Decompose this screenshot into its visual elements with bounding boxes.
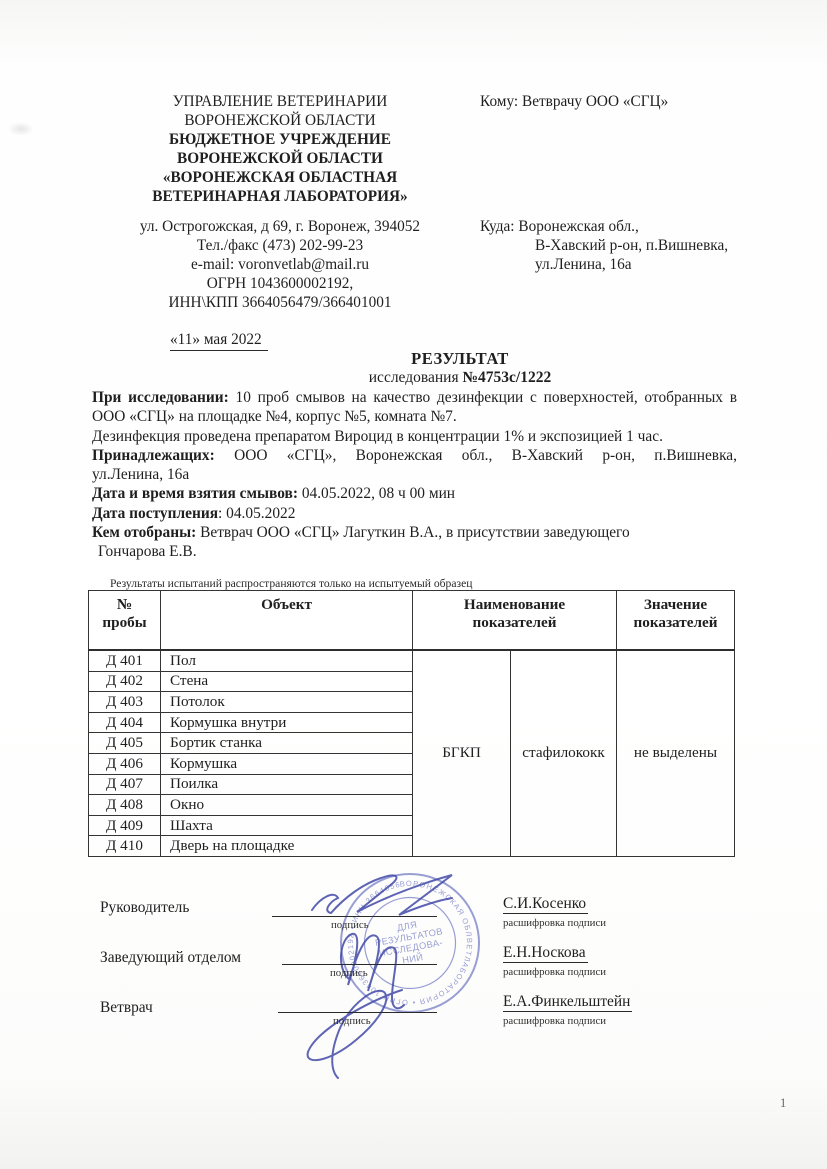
org-email-line: e-mail: voronvetlab@mail.ru: [100, 255, 460, 274]
signature-caption: подпись: [333, 1015, 371, 1027]
org-header-block: УПРАВЛЕНИЕ ВЕТЕРИНАРИИ ВОРОНЕЖСКОЙ ОБЛАС…: [100, 92, 460, 312]
sample-id: Д 407: [89, 774, 161, 795]
org-name-line: УПРАВЛЕНИЕ ВЕТЕРИНАРИИ: [100, 92, 460, 111]
result-value: не выделены: [617, 650, 735, 856]
signature-name-caption: расшифровка подписи: [503, 917, 606, 929]
org-name-line: ВОРОНЕЖСКОЙ ОБЛАСТИ: [100, 111, 460, 130]
document-page: УПРАВЛЕНИЕ ВЕТЕРИНАРИИ ВОРОНЕЖСКОЙ ОБЛАС…: [0, 0, 827, 1169]
sample-object: Шахта: [161, 815, 413, 836]
sample-object: Окно: [161, 795, 413, 816]
sample-object: Кормушка: [161, 753, 413, 774]
recipient-line: Кому: Ветврачу ООО «СГЦ»: [480, 92, 810, 111]
signature-caption: подпись: [330, 967, 368, 979]
body-line-text: ул.Ленина, 16а: [92, 466, 189, 483]
org-name-line: ВОРОНЕЖСКОЙ ОБЛАСТИ: [100, 149, 460, 168]
header-indicator-name: Наименование показателей: [413, 591, 617, 651]
body-line-text: Дезинфекция проведена препаратом Вироцид…: [92, 428, 663, 445]
body-line: При исследовании: 10 проб смывов на каче…: [92, 388, 737, 407]
scan-smudge: [8, 122, 34, 136]
indicator-staph: стафилококк: [511, 650, 617, 856]
body-line-text: Ветврач ООО «СГЦ» Лагуткин В.А., в прису…: [196, 524, 629, 541]
body-line: ул.Ленина, 16а: [92, 465, 737, 484]
sample-id: Д 406: [89, 753, 161, 774]
org-phone-line: Тел./факс (473) 202-99-23: [100, 236, 460, 255]
signature-role: Заведующий отделом: [100, 949, 241, 967]
org-inn-line: ИНН\КПП 3664056479/366401001: [100, 293, 460, 312]
signature-line: [272, 916, 437, 917]
sample-object: Потолок: [161, 692, 413, 713]
signature-name: С.И.Косенко: [503, 895, 588, 914]
address-line: ул.Ленина, 16а: [480, 255, 810, 274]
header-indicator-value: Значение показателей: [617, 591, 735, 651]
org-ogrn-line: ОГРН 1043600002192,: [100, 274, 460, 293]
org-name-line: «ВОРОНЕЖСКАЯ ОБЛАСТНАЯ: [100, 168, 460, 187]
org-name-line: ВЕТЕРИНАРНАЯ ЛАБОРАТОРИЯ»: [100, 187, 460, 206]
body-line-text: 04.05.2022, 08 ч 00 мин: [298, 485, 455, 502]
body-line: Дата поступления: 04.05.2022: [92, 504, 737, 523]
signature-line: [282, 964, 437, 965]
sample-id: Д 402: [89, 671, 161, 692]
body-line: Кем отобраны: Ветврач ООО «СГЦ» Лагуткин…: [92, 523, 737, 542]
body-line-lead: Принадлежащих:: [92, 447, 215, 464]
results-table: № пробы Объект Наименование показателей …: [88, 590, 735, 857]
signature-name: Е.А.Финкельштейн: [503, 993, 632, 1012]
body-text-block: При исследовании: 10 проб смывов на каче…: [92, 388, 737, 562]
body-line: Дата и время взятия смывов: 04.05.2022, …: [92, 484, 737, 503]
signature-name-caption: расшифровка подписи: [503, 1015, 606, 1027]
document-subtitle: исследования №4753с/1222: [180, 368, 740, 387]
body-line: Гончарова Е.В.: [92, 542, 737, 561]
body-line-lead: Кем отобраны:: [92, 524, 196, 541]
body-line-text: Гончарова Е.В.: [98, 543, 197, 560]
sample-id: Д 404: [89, 712, 161, 733]
document-date: «11» мая 2022: [170, 331, 268, 351]
signature-caption: подпись: [331, 919, 369, 931]
sample-id: Д 403: [89, 692, 161, 713]
body-line-lead: Дата и время взятия смывов:: [92, 485, 298, 502]
indicator-bgkp: БГКП: [413, 650, 511, 856]
recipient-address-block: Куда: Воронежская обл., В-Хавский р-он, …: [480, 217, 810, 274]
subtitle-text: исследования: [369, 369, 463, 386]
table-note: Результаты испытаний распространяются то…: [110, 577, 472, 590]
sample-object: Кормушка внутри: [161, 712, 413, 733]
sample-id: Д 410: [89, 836, 161, 857]
body-line: ООО «СГЦ» на площадке №4, корпус №5, ком…: [92, 407, 737, 426]
body-line-text: : 04.05.2022: [218, 505, 295, 522]
sample-id: Д 405: [89, 733, 161, 754]
sample-object: Дверь на площадке: [161, 836, 413, 857]
sample-id: Д 408: [89, 795, 161, 816]
address-line: Куда: Воронежская обл.,: [480, 217, 810, 236]
address-line: В-Хавский р-он, п.Вишневка,: [480, 236, 810, 255]
sample-id: Д 401: [89, 650, 161, 671]
header-sample-no: № пробы: [89, 591, 161, 651]
signature-role: Руководитель: [100, 899, 189, 917]
laboratory-stamp: ВОРОНЕЖСКАЯ ОБЛВЕТЛАБОРАТОРИЯ • ОГРН 104…: [336, 869, 484, 1017]
org-name-line: БЮДЖЕТНОЕ УЧРЕЖДЕНИЕ: [100, 130, 460, 149]
org-address-line: ул. Острогожская, д 69, г. Воронеж, 3940…: [100, 217, 460, 236]
body-line-text: ООО «СГЦ», Воронежская обл., В-Хавский р…: [215, 447, 737, 464]
sample-object: Пол: [161, 650, 413, 671]
sample-object: Бортик станка: [161, 733, 413, 754]
sample-object: Стена: [161, 671, 413, 692]
document-title-block: РЕЗУЛЬТАТ исследования №4753с/1222: [180, 349, 740, 387]
document-title: РЕЗУЛЬТАТ: [180, 349, 740, 368]
body-line-text: ООО «СГЦ» на площадке №4, корпус №5, ком…: [92, 408, 457, 425]
body-line-lead: При исследовании:: [92, 389, 229, 406]
body-line-text: 10 проб смывов на качество дезинфекции с…: [229, 389, 737, 406]
page-number: 1: [780, 1096, 786, 1111]
sample-object: Поилка: [161, 774, 413, 795]
signature-name-caption: расшифровка подписи: [503, 966, 606, 978]
table-header-row: № пробы Объект Наименование показателей …: [89, 591, 735, 651]
signature-name: Е.Н.Носкова: [503, 944, 588, 963]
signature-role: Ветврач: [100, 999, 153, 1017]
body-line: Принадлежащих: ООО «СГЦ», Воронежская об…: [92, 446, 737, 465]
header-object: Объект: [161, 591, 413, 651]
table-row: Д 401 Пол БГКП стафилококк не выделены: [89, 650, 735, 671]
body-line-lead: Дата поступления: [92, 505, 218, 522]
body-line: Дезинфекция проведена препаратом Вироцид…: [92, 427, 737, 446]
research-number: №4753с/1222: [462, 369, 551, 386]
signature-line: [278, 1012, 437, 1013]
sample-id: Д 409: [89, 815, 161, 836]
